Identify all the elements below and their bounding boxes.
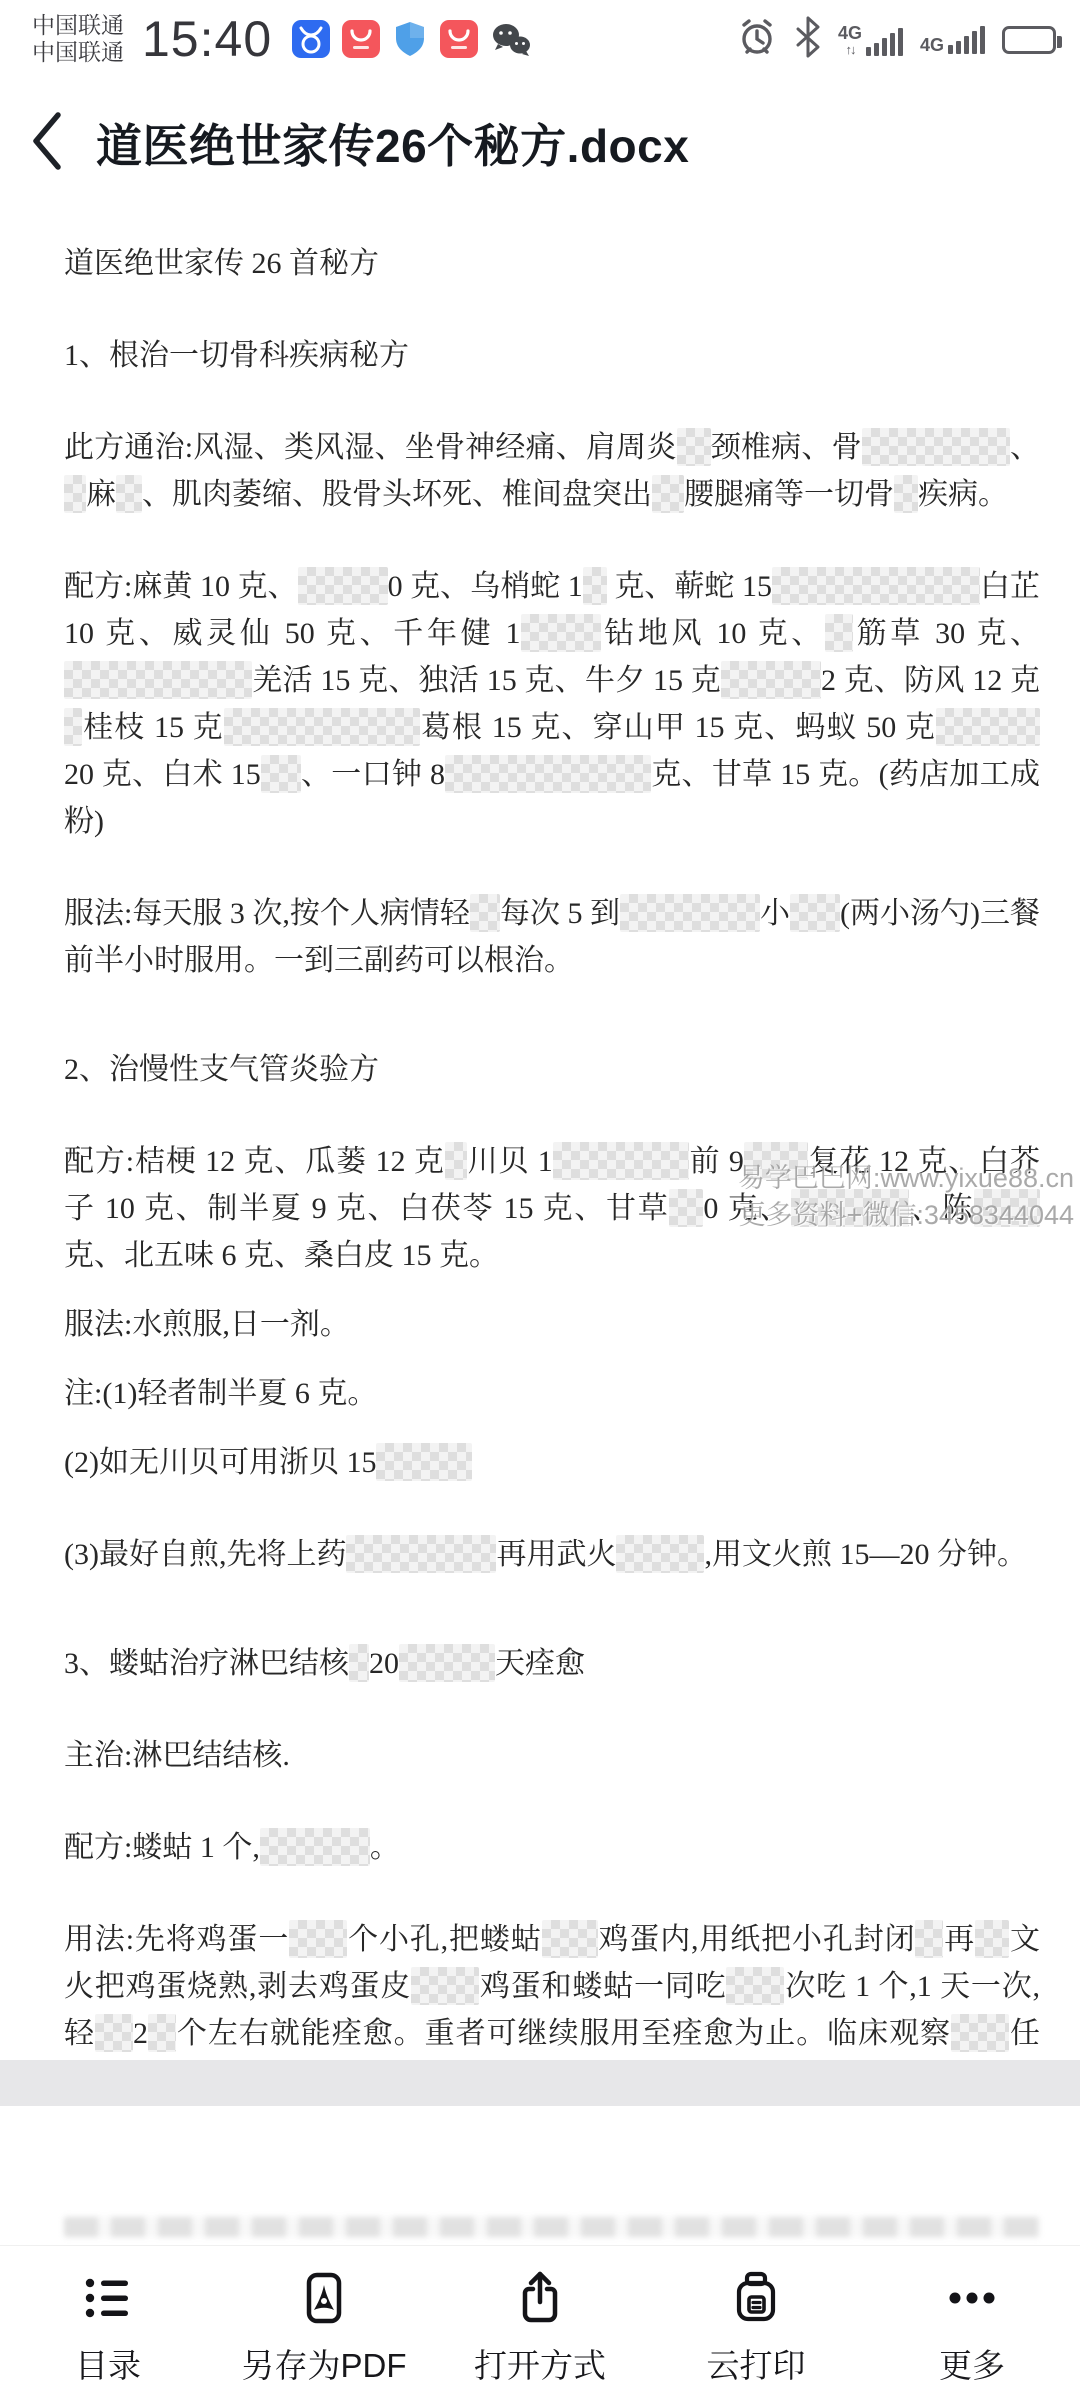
censored-blur <box>915 1920 943 1958</box>
taobao-app-icon <box>292 20 330 58</box>
doc-paragraph: 主治:淋巴结结核. <box>64 1732 1040 1779</box>
document-page-2[interactable] <box>0 2106 1080 2245</box>
censored-blur <box>521 614 601 652</box>
censored-blur <box>553 1142 689 1180</box>
doc-paragraph: 配方:麻黄 10 克、0 克、乌梢蛇 1 克、蕲蛇 15白芷 10 克、威灵仙 … <box>64 563 1040 845</box>
censored-blur <box>936 708 1040 746</box>
censored-blur <box>298 567 388 605</box>
sim2-network-type: 4G <box>920 36 944 54</box>
doc-paragraph: (2)如无川贝可用浙贝 15 <box>64 1439 1040 1486</box>
censored-blur <box>289 1920 347 1958</box>
share-open-icon <box>512 2270 568 2326</box>
carrier-line-2: 中国联通 <box>32 39 124 66</box>
censored-blur <box>148 2014 176 2052</box>
censored-blur <box>721 661 821 699</box>
censored-blur <box>726 1967 784 2005</box>
doc-paragraph: 配方:蝼蛄 1 个,。 <box>64 1824 1040 1871</box>
censored-blur <box>620 894 760 932</box>
censored-blur <box>975 1920 1009 1958</box>
censored-blur <box>116 475 142 513</box>
censored-blur <box>894 475 918 513</box>
huawei-appgallery-icon <box>342 20 380 58</box>
censored-blur <box>346 1535 496 1573</box>
watermark-line-1: 易学巴巴网:www.yixue88.cn <box>738 1160 1074 1197</box>
censored-blur <box>399 1644 495 1682</box>
security-shield-icon <box>392 20 428 58</box>
more-dots-icon <box>944 2270 1000 2326</box>
sim1-network-type: 4G <box>838 24 862 42</box>
censored-blur <box>349 1644 369 1682</box>
censored-blur <box>616 1535 704 1573</box>
huawei-app-icon-2 <box>440 20 478 58</box>
sim2-signal: 4G <box>920 26 985 54</box>
censored-blur <box>95 2014 133 2052</box>
toolbar-label: 另存为PDF <box>242 2340 407 2387</box>
document-page-1[interactable]: 道医绝世家传 26 首秘方1、根治一切骨科疾病秘方此方通治:风湿、类风湿、坐骨神… <box>0 196 1080 2060</box>
toc-list-icon <box>80 2270 136 2326</box>
data-transfer-arrows-icon: ↑↓ <box>845 43 854 56</box>
censored-blur <box>64 475 86 513</box>
censored-blur <box>951 2014 1009 2052</box>
battery-icon <box>1002 26 1056 54</box>
toolbar-label: 打开方式 <box>474 2340 606 2387</box>
censored-blur <box>772 567 980 605</box>
censored-blur <box>376 1443 472 1481</box>
doc-paragraph: 服法:水煎服,日一剂。 <box>64 1301 1040 1348</box>
back-chevron-icon <box>28 109 68 178</box>
censored-blur <box>677 428 711 466</box>
censored-blur <box>411 1967 479 2005</box>
printer-icon <box>728 2270 784 2326</box>
toolbar-label: 更多 <box>939 2340 1005 2387</box>
pdf-icon <box>296 2270 352 2326</box>
doc-paragraph: 道医绝世家传 26 首秘方 <box>64 240 1040 287</box>
signal-bars-icon <box>948 26 985 54</box>
status-bar: 中国联通 中国联通 15:40 <box>0 0 1080 90</box>
toolbar-label: 云打印 <box>707 2340 806 2387</box>
censored-blur <box>825 614 853 652</box>
watermark: 易学巴巴网:www.yixue88.cn 更多资料+微信:3458344044 <box>738 1160 1074 1234</box>
document-title: 道医绝世家传26个秘方.docx <box>96 110 689 176</box>
watermark-line-2: 更多资料+微信:3458344044 <box>738 1197 1074 1234</box>
next-page-faint-text <box>64 2217 1040 2237</box>
doc-paragraph: 1、根治一切骨科疾病秘方 <box>64 332 1040 379</box>
wechat-icon <box>490 20 532 58</box>
censored-blur <box>790 894 840 932</box>
toolbar-label: 目录 <box>75 2340 141 2387</box>
censored-blur <box>470 894 500 932</box>
carrier-labels: 中国联通 中国联通 <box>32 12 124 66</box>
toolbar-item-open-with[interactable]: 打开方式 <box>432 2246 648 2400</box>
toolbar-item-more[interactable]: 更多 <box>864 2246 1080 2400</box>
clock-time: 15:40 <box>142 10 272 68</box>
doc-paragraph: 注:(1)轻者制半夏 6 克。 <box>64 1370 1040 1417</box>
toolbar-item-save-as-pdf[interactable]: 另存为PDF <box>216 2246 432 2400</box>
censored-blur <box>862 428 1010 466</box>
doc-paragraph: 2、治慢性支气管炎验方 <box>64 1046 1040 1093</box>
doc-paragraph: 此方通治:风湿、类风湿、坐骨神经痛、肩周炎颈椎病、骨、麻、肌肉萎缩、股骨头坏死、… <box>64 424 1040 518</box>
censored-blur <box>64 661 252 699</box>
censored-blur <box>542 1920 598 1958</box>
signal-bars-icon <box>866 28 903 56</box>
toolbar-item-toc[interactable]: 目录 <box>0 2246 216 2400</box>
title-bar: 道医绝世家传26个秘方.docx <box>0 90 1080 196</box>
censored-blur <box>445 755 651 793</box>
censored-blur <box>261 755 301 793</box>
doc-paragraph: 服法:每天服 3 次,按个人病情轻每次 5 到小(两小汤勺)三餐前半小时服用。一… <box>64 890 1040 984</box>
censored-blur <box>260 1828 370 1866</box>
page-separator <box>0 2060 1080 2106</box>
doc-paragraph: 3、蝼蛄治疗淋巴结核20天痊愈 <box>64 1640 1040 1687</box>
back-button[interactable] <box>0 90 96 196</box>
censored-blur <box>583 567 607 605</box>
censored-blur <box>652 475 684 513</box>
toolbar-item-cloud-print[interactable]: 云打印 <box>648 2246 864 2400</box>
sim1-signal: 4G ↑↓ <box>838 24 903 56</box>
alarm-clock-icon <box>736 16 778 63</box>
censored-blur <box>445 1142 467 1180</box>
censored-blur <box>224 708 420 746</box>
doc-paragraph: (3)最好自煎,先将上药再用武火,用文火煎 15—20 分钟。 <box>64 1531 1040 1578</box>
carrier-line-1: 中国联通 <box>32 12 124 39</box>
censored-blur <box>669 1189 703 1227</box>
bottom-toolbar: 目录 另存为PDF 打开方式 云打印 更多 <box>0 2245 1080 2400</box>
censored-blur <box>64 708 82 746</box>
bluetooth-icon <box>795 16 821 63</box>
